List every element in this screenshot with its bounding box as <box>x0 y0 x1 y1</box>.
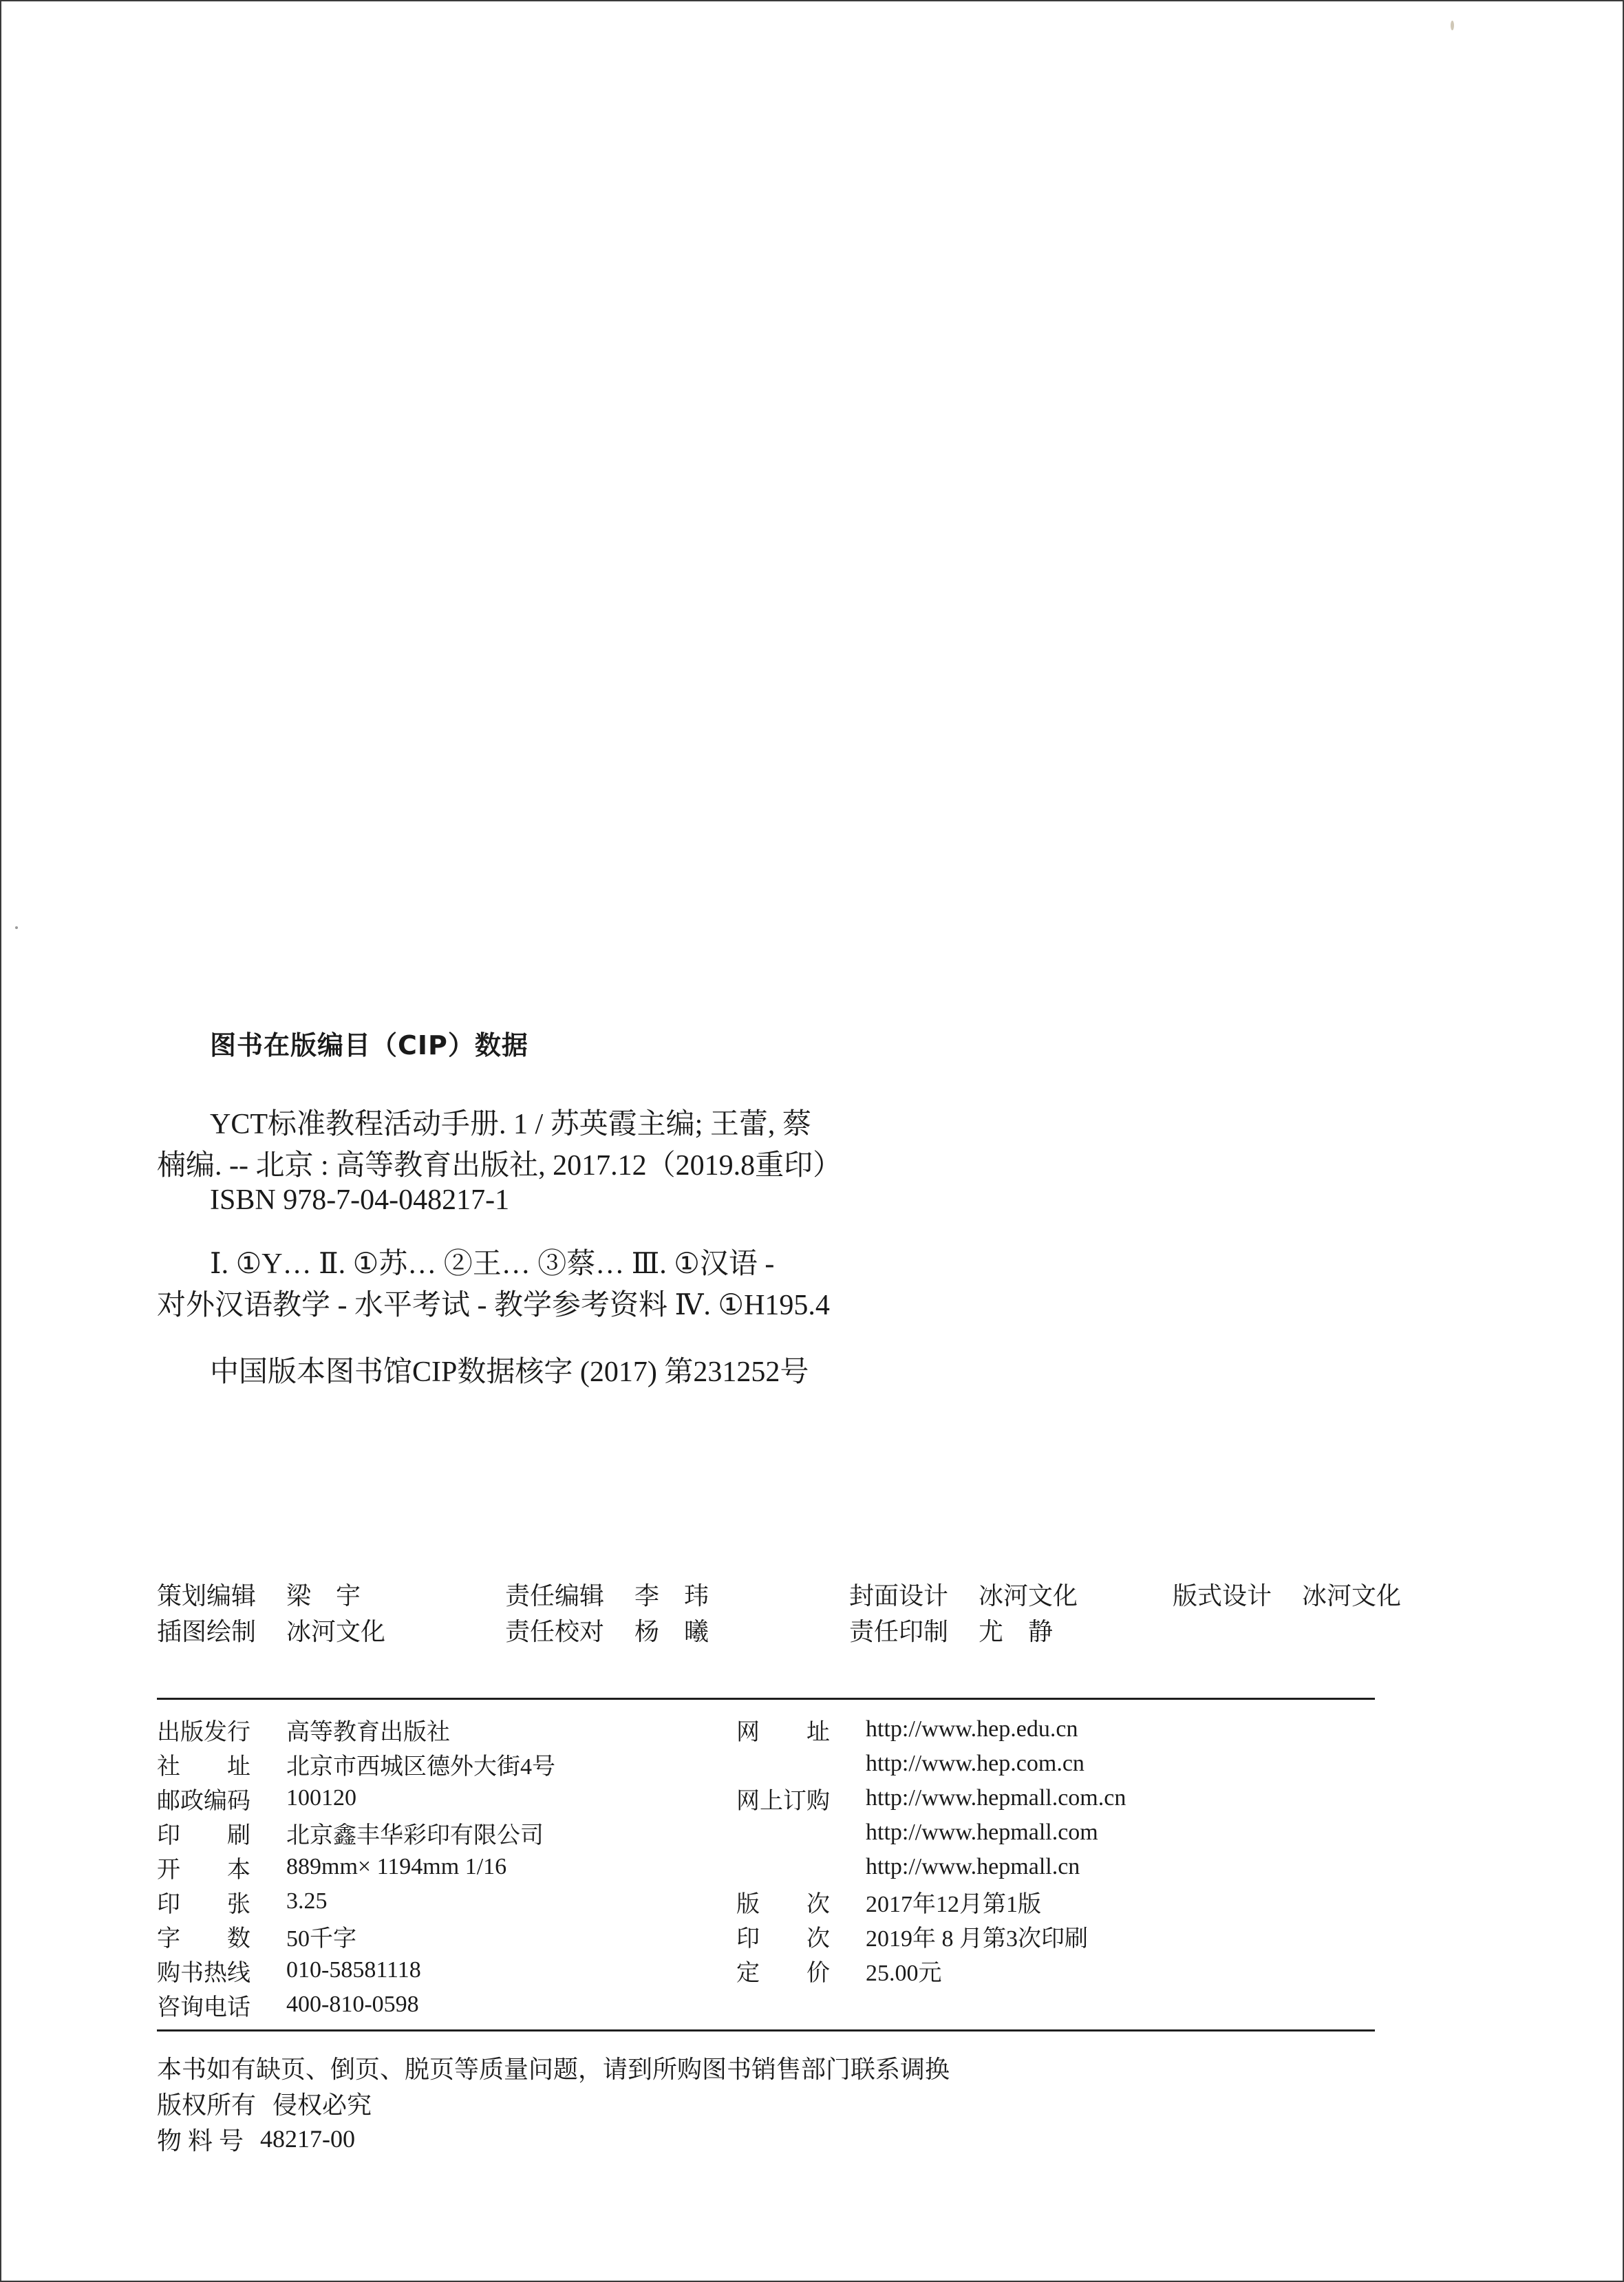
credit-value: 梁 宇 <box>286 1577 361 1612</box>
credit-item: 责任校对 杨 曦 <box>505 1612 849 1647</box>
info-row: 邮政编码100120 <box>157 1781 555 1815</box>
info-label: 印 次 <box>736 1919 866 1953</box>
info-value: 高等教育出版社 <box>286 1713 450 1747</box>
credit-label: 责任编辑 <box>505 1577 634 1612</box>
credit-label: 责任印制 <box>849 1612 979 1647</box>
credit-value: 冰河文化 <box>979 1577 1078 1612</box>
cip-line-title: YCT标准教程活动手册. 1 / 苏英霞主编; 王蕾, 蔡 <box>210 1101 811 1142</box>
credit-value: 杨 曦 <box>634 1612 709 1647</box>
info-row: 印 刷北京鑫丰华彩印有限公司 <box>157 1815 555 1850</box>
info-value: 3.25 <box>286 1888 328 1915</box>
credits-row: 策划编辑 梁 宇 责任编辑 李 玮 封面设计 冰河文化 版式设计 冰河文化 <box>157 1576 1517 1612</box>
info-label: 印 刷 <box>157 1816 286 1850</box>
info-value: 北京市西城区德外大街4号 <box>286 1747 555 1781</box>
footer-block: 本书如有缺页、倒页、脱页等质量问题，请到所购图书销售部门联系调换 版权所有侵权必… <box>157 2049 950 2157</box>
credit-label: 封面设计 <box>849 1577 979 1612</box>
info-row: 定 价25.00元 <box>736 1953 1126 1987</box>
info-row: 网 址http://www.hep.edu.cn <box>736 1712 1126 1747</box>
cip-line-record-number: 中国版本图书馆CIP数据核字 (2017) 第231252号 <box>210 1349 809 1390</box>
publication-info-left: 出版发行高等教育出版社 社 址北京市西城区德外大街4号 邮政编码100120 印… <box>157 1712 555 2022</box>
info-label: 网上订购 <box>736 1782 866 1815</box>
info-row: 印 张3.25 <box>157 1884 555 1919</box>
cip-line-classification: 对外汉语教学 - 水平考试 - 教学参考资料 Ⅳ. ①H195.4 <box>157 1282 830 1323</box>
info-label: 开 本 <box>157 1851 286 1884</box>
credit-label: 策划编辑 <box>157 1577 286 1612</box>
divider-bottom <box>157 2029 1375 2032</box>
info-row: 社 址北京市西城区德外大街4号 <box>157 1747 555 1781</box>
cip-line-isbn: ISBN 978-7-04-048217-1 <box>210 1184 509 1217</box>
credit-item: 封面设计 冰河文化 <box>849 1577 1173 1612</box>
info-row: 咨询电话400-810-0598 <box>157 1987 555 2022</box>
divider-top <box>157 1698 1375 1700</box>
info-row: 购书热线010-58581118 <box>157 1953 555 1987</box>
credit-value: 冰河文化 <box>286 1612 385 1647</box>
info-value: 889mm× 1194mm 1/16 <box>286 1854 506 1880</box>
website-link[interactable]: http://www.hep.edu.cn <box>866 1716 1078 1742</box>
info-value: 北京鑫丰华彩印有限公司 <box>286 1816 544 1850</box>
info-row: 字 数50千字 <box>157 1919 555 1953</box>
credit-item: 版式设计 冰河文化 <box>1173 1577 1517 1612</box>
online-store-link[interactable]: http://www.hepmall.com <box>866 1820 1098 1846</box>
info-row: 印 次2019年 8 月第3次印刷 <box>736 1919 1126 1953</box>
info-label: 版 次 <box>736 1885 866 1919</box>
online-store-link[interactable]: http://www.hepmall.cn <box>866 1854 1080 1880</box>
info-value: 2019年 8 月第3次印刷 <box>866 1919 1088 1953</box>
info-row: http://www.hepmall.cn <box>736 1850 1126 1884</box>
info-value: 2017年12月第1版 <box>866 1885 1041 1919</box>
material-number-value: 48217-00 <box>260 2124 355 2153</box>
info-label: 字 数 <box>157 1919 286 1953</box>
info-row: 版 次2017年12月第1版 <box>736 1884 1126 1919</box>
info-label: 出版发行 <box>157 1713 286 1747</box>
cip-line-subjects: Ⅰ. ①Y… Ⅱ. ①苏… ②王… ③蔡… Ⅲ. ①汉语 - <box>210 1241 774 1282</box>
publication-info-right: 网 址http://www.hep.edu.cn http://www.hep.… <box>736 1712 1126 1987</box>
copyright-label: 版权所有 <box>157 2086 256 2121</box>
info-label: 咨询电话 <box>157 1988 286 2022</box>
info-row: http://www.hep.com.cn <box>736 1747 1126 1781</box>
quality-notice: 本书如有缺页、倒页、脱页等质量问题，请到所购图书销售部门联系调换 <box>157 2049 950 2085</box>
credit-label: 版式设计 <box>1173 1577 1302 1612</box>
info-label: 定 价 <box>736 1954 866 1987</box>
material-number-label: 物 料 号 <box>157 2122 244 2157</box>
info-label: 邮政编码 <box>157 1782 286 1815</box>
online-store-link[interactable]: http://www.hepmall.com.cn <box>866 1785 1126 1811</box>
scan-speck <box>1451 21 1454 30</box>
info-label: 社 址 <box>157 1747 286 1781</box>
info-row: 开 本889mm× 1194mm 1/16 <box>157 1850 555 1884</box>
cip-line-publisher: 楠编. -- 北京 : 高等教育出版社, 2017.12（2019.8重印） <box>157 1142 842 1184</box>
credit-item: 责任编辑 李 玮 <box>505 1577 849 1612</box>
credits-block: 策划编辑 梁 宇 责任编辑 李 玮 封面设计 冰河文化 版式设计 冰河文化 插图… <box>157 1576 1517 1647</box>
price-value: 25.00元 <box>866 1954 942 1987</box>
website-link[interactable]: http://www.hep.com.cn <box>866 1751 1085 1777</box>
credit-label: 插图绘制 <box>157 1612 286 1647</box>
credit-item: 责任印制 尤 静 <box>849 1612 1173 1647</box>
info-value: 50千字 <box>286 1919 356 1953</box>
info-value: 100120 <box>286 1785 356 1811</box>
info-row: 出版发行高等教育出版社 <box>157 1712 555 1747</box>
info-row: http://www.hepmall.com <box>736 1815 1126 1850</box>
material-number-row: 物 料 号48217-00 <box>157 2121 950 2157</box>
credit-value: 李 玮 <box>634 1577 709 1612</box>
credits-row: 插图绘制 冰河文化 责任校对 杨 曦 责任印制 尤 静 <box>157 1612 1517 1647</box>
info-value: 010-58581118 <box>286 1957 421 1983</box>
info-label: 网 址 <box>736 1713 866 1747</box>
scan-speck <box>15 926 18 929</box>
info-label: 购书热线 <box>157 1954 286 1987</box>
credit-label: 责任校对 <box>505 1612 634 1647</box>
cip-heading: 图书在版编目（CIP）数据 <box>210 1024 528 1062</box>
info-label: 印 张 <box>157 1885 286 1919</box>
credit-value: 冰河文化 <box>1302 1577 1401 1612</box>
copyright-row: 版权所有侵权必究 <box>157 2085 950 2121</box>
credit-item: 策划编辑 梁 宇 <box>157 1577 505 1612</box>
copyright-value: 侵权必究 <box>273 2086 372 2121</box>
info-row: 网上订购http://www.hepmall.com.cn <box>736 1781 1126 1815</box>
credit-value: 尤 静 <box>979 1612 1053 1647</box>
credit-item: 插图绘制 冰河文化 <box>157 1612 505 1647</box>
info-value: 400-810-0598 <box>286 1992 419 2018</box>
